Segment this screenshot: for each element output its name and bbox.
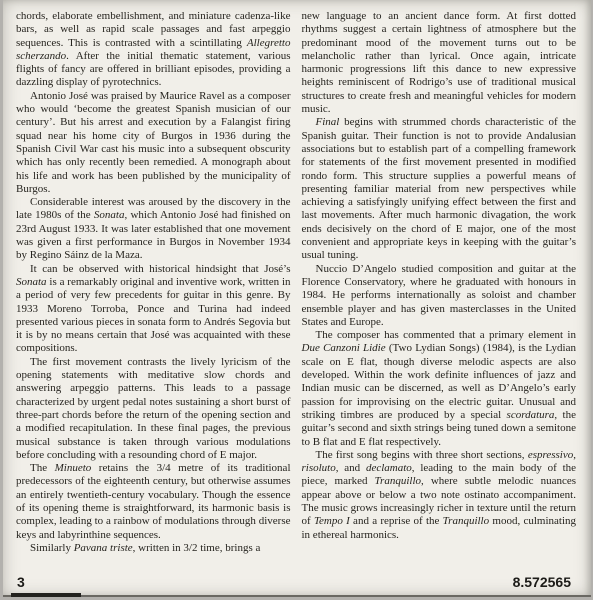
italic-text-run: Tranquillo xyxy=(443,515,489,527)
text-column-left: chords, elaborate embellishment, and min… xyxy=(16,10,291,565)
italic-text-run: Sonata xyxy=(94,209,125,221)
italic-text-run: Due Canzoni Lidie xyxy=(302,342,386,354)
paragraph: The Minueto retains the 3/4 metre of its… xyxy=(16,462,291,542)
text-run: , and xyxy=(336,462,366,474)
italic-text-run: Sonata xyxy=(16,276,47,288)
paragraph: The first movement contrasts the lively … xyxy=(16,356,291,462)
text-run: The first song begins with three short s… xyxy=(316,449,528,461)
paragraph: Considerable interest was aroused by the… xyxy=(16,196,291,262)
text-run: begins with strummed chords characterist… xyxy=(302,116,577,261)
text-run: It can be observed with historical hinds… xyxy=(30,263,291,275)
paragraph: The first song begins with three short s… xyxy=(302,449,577,542)
scan-edge-line xyxy=(3,595,591,597)
text-run: new language to an ancient dance form. A… xyxy=(302,10,577,115)
text-column-right: new language to an ancient dance form. A… xyxy=(302,10,577,565)
text-run: Nuccio D’Angelo studied composition and … xyxy=(302,263,577,328)
text-run: Antonio José was praised by Maurice Rave… xyxy=(16,90,291,195)
paragraph: Nuccio D’Angelo studied composition and … xyxy=(302,263,577,329)
text-run: The xyxy=(30,462,55,474)
text-run: Similarly xyxy=(30,542,74,554)
text-run: The first movement contrasts the lively … xyxy=(16,356,291,461)
italic-text-run: Tranquillo xyxy=(375,475,421,487)
text-run: , xyxy=(573,449,576,461)
italic-text-run: risoluto xyxy=(302,462,336,474)
paragraph: Final begins with strummed chords charac… xyxy=(302,116,577,262)
paragraph: Similarly Pavana triste, written in 3/2 … xyxy=(16,542,291,555)
text-run: The composer has commented that a primar… xyxy=(316,329,577,341)
page-footer: 3 8.572565 xyxy=(17,574,571,590)
booklet-page: chords, elaborate embellishment, and min… xyxy=(3,0,591,597)
paragraph: The composer has commented that a primar… xyxy=(302,329,577,449)
page-number: 3 xyxy=(17,574,25,590)
italic-text-run: espressivo xyxy=(528,449,573,461)
paragraph: It can be observed with historical hinds… xyxy=(16,263,291,356)
italic-text-run: Final xyxy=(316,116,340,128)
italic-text-run: declamato xyxy=(366,462,412,474)
italic-text-run: Pavana triste xyxy=(74,542,133,554)
paragraph: Antonio José was praised by Maurice Rave… xyxy=(16,90,291,196)
paragraph: new language to an ancient dance form. A… xyxy=(302,10,577,116)
paragraph: chords, elaborate embellishment, and min… xyxy=(16,10,291,90)
page-content: chords, elaborate embellishment, and min… xyxy=(16,10,576,565)
text-run: , written in 3/2 time, brings a xyxy=(133,542,261,554)
text-run: and a reprise of the xyxy=(350,515,443,527)
scan-edge-artifact xyxy=(11,593,81,597)
italic-text-run: Tempo I xyxy=(314,515,350,527)
text-run: is a remarkably original and inventive w… xyxy=(16,276,291,354)
catalog-number: 8.572565 xyxy=(513,574,571,590)
italic-text-run: scordatura xyxy=(507,409,555,421)
italic-text-run: Minueto xyxy=(55,462,92,474)
